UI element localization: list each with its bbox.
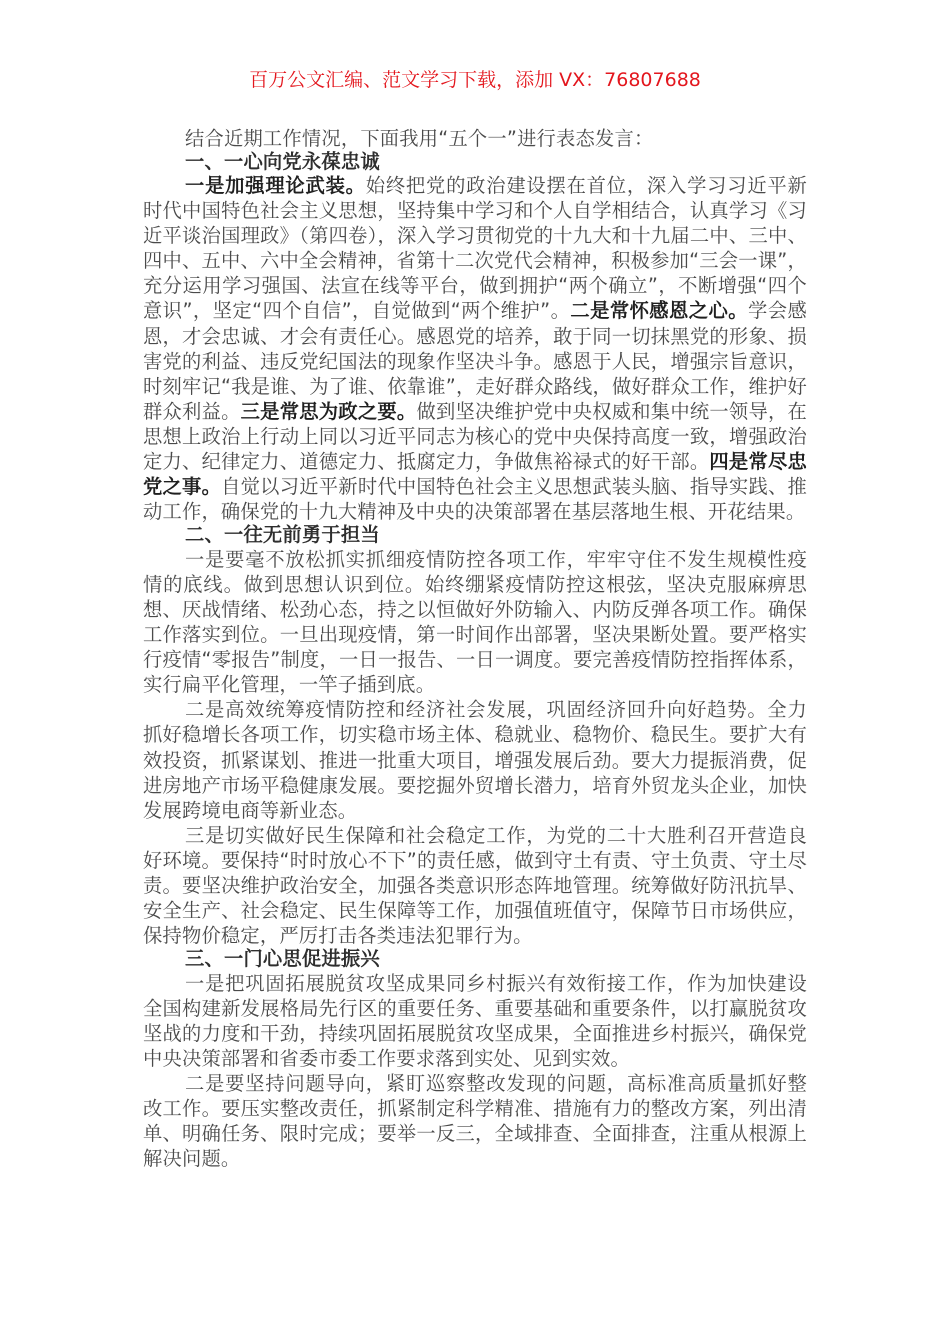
section-1-paragraph: 一是加强理论武装。始终把党的政治建设摆在首位，深入学习习近平新时代中国特色社会主…	[143, 173, 807, 524]
paragraph-text: 自觉以习近平新时代中国特色社会主义思想武装头脑、指导实践、推动工作，确保党的十九…	[143, 475, 807, 523]
section-heading-3: 三、一门心思促进振兴	[143, 948, 807, 971]
section-2-paragraph-2: 二是高效统筹疫情防控和经济社会发展，巩固经济回升向好趋势。全力抓好稳增长各项工作…	[143, 697, 807, 822]
section-heading-2: 二、一往无前勇于担当	[143, 524, 807, 547]
lead-phrase-1: 一是加强理论武装。	[185, 174, 366, 197]
lead-phrase-2: 二是常怀感恩之心。	[570, 299, 748, 322]
section-heading-1: 一、一心向党永葆忠诚	[143, 151, 807, 174]
section-3-paragraph-2: 二是要坚持问题导向，紧盯巡察整改发现的问题，高标准高质量抓好整改工作。要压实整改…	[143, 1071, 807, 1171]
watermark-banner: 百万公文汇编、范文学习下载，添加 VX：76807688	[0, 66, 950, 94]
section-2-paragraph-3: 三是切实做好民生保障和社会稳定工作，为党的二十大胜利召开营造良好环境。要保持“时…	[143, 823, 807, 948]
section-3-paragraph-1: 一是把巩固拓展脱贫攻坚成果同乡村振兴有效衔接工作，作为加快建设全国构建新发展格局…	[143, 971, 807, 1071]
document-body: 结合近期工作情况，下面我用“五个一”进行表态发言： 一、一心向党永葆忠诚 一是加…	[143, 128, 807, 1172]
lead-phrase-3: 三是常思为政之要。	[241, 400, 417, 423]
intro-paragraph: 结合近期工作情况，下面我用“五个一”进行表态发言：	[143, 128, 807, 151]
section-2-paragraph-1: 一是要毫不放松抓实抓细疫情防控各项工作，牢牢守住不发生规模性疫情的底线。做到思想…	[143, 547, 807, 698]
